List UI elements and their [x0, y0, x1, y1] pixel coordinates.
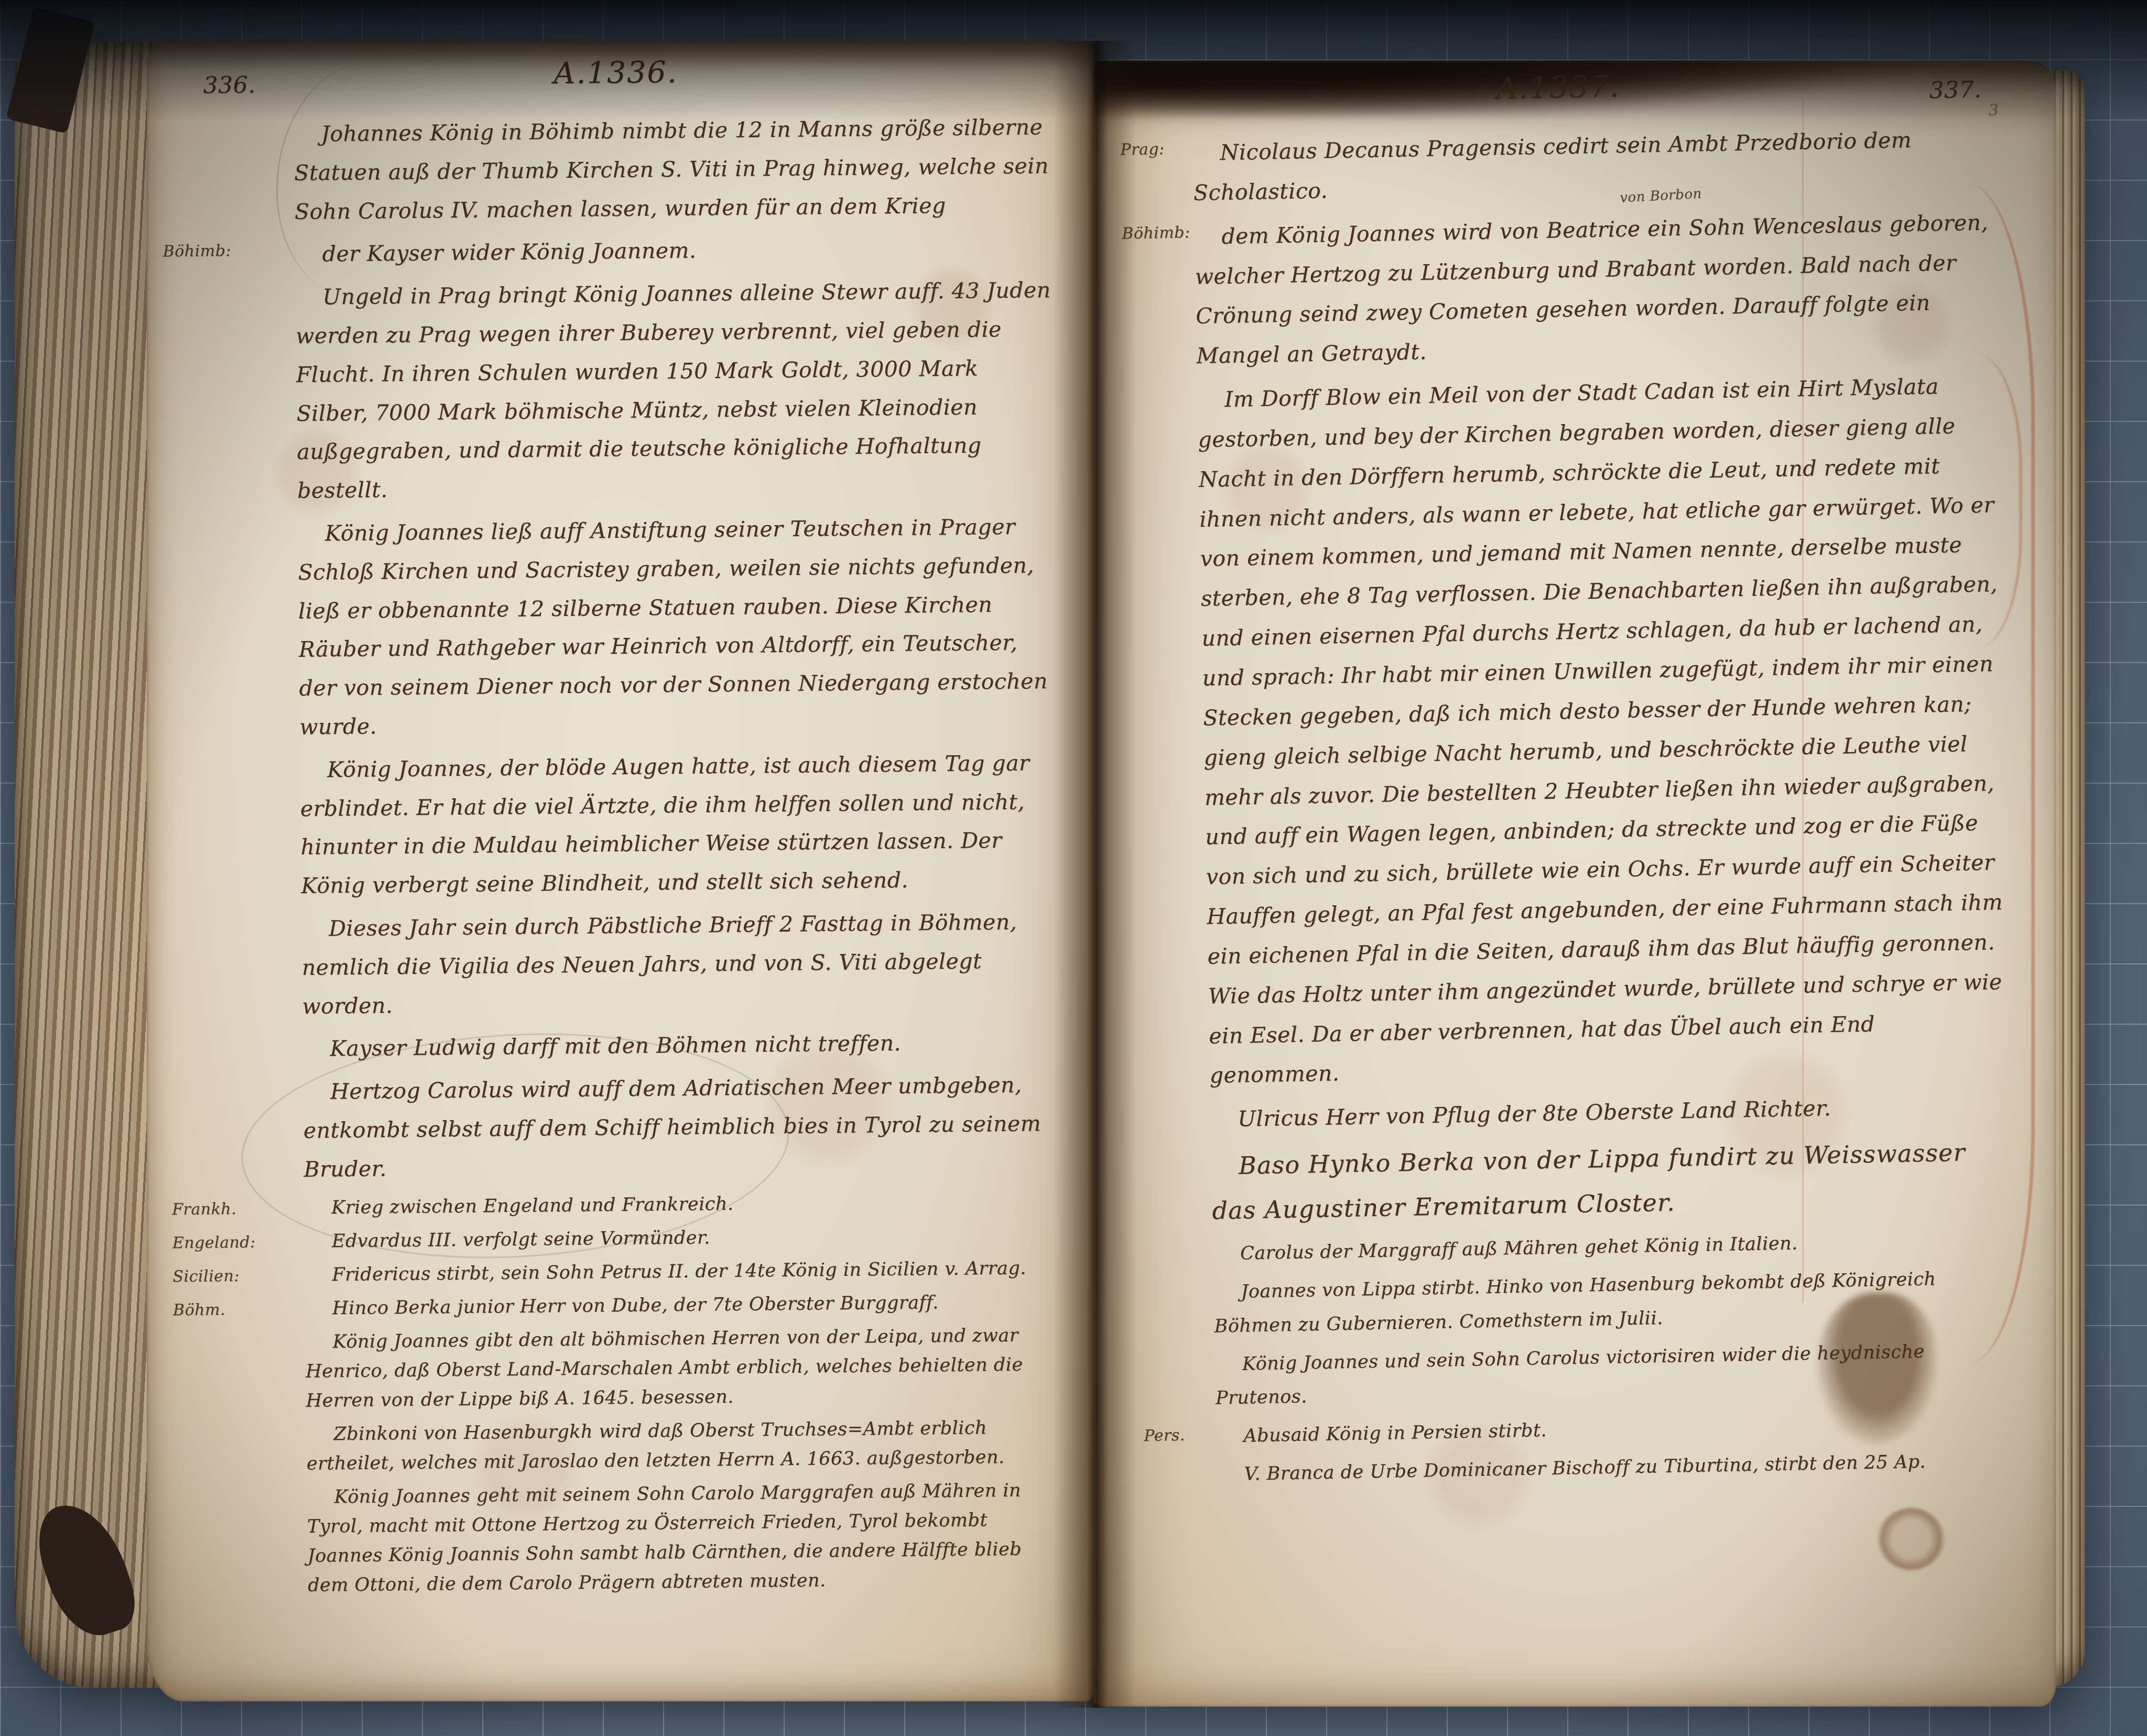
- chronicle-entry: König Joannes, der blöde Augen hatte, is…: [300, 744, 1061, 906]
- entry-text: Fridericus stirbt, sein Sohn Petrus II. …: [332, 1257, 1026, 1285]
- chronicle-entry: Im Dorff Blow ein Meil von der Stadt Cad…: [1197, 366, 2011, 1096]
- chronicle-entry: Kayser Ludwig darff mit den Böhmen nicht…: [302, 1023, 1063, 1069]
- chronicle-entry: Sicilien: Fridericus stirbt, sein Sohn P…: [305, 1253, 1065, 1289]
- chronicle-entry: Baso Hynko Berka von der Lippa fundirt z…: [1211, 1130, 2014, 1233]
- entry-text: Ulricus Herr von Pflug der 8te Oberste L…: [1238, 1095, 1831, 1132]
- chronicle-entry: Böhimb: dem König Joannes wird von Beatr…: [1194, 203, 1998, 376]
- margin-label: Böhimb:: [162, 242, 288, 261]
- entry-text: König Joannes und sein Sohn Carolus vict…: [1216, 1341, 1925, 1409]
- chronicle-entry: Johannes König in Böhimb nimbt die 12 in…: [294, 108, 1055, 231]
- entry-text: König Joannes geht mit seinem Sohn Carol…: [307, 1480, 1022, 1596]
- entry-text: König Joannes, der blöde Augen hatte, is…: [300, 750, 1030, 898]
- entry-text: Dieses Jahr sein durch Päbstliche Brieff…: [302, 909, 1017, 1019]
- margin-label: Prag:: [1120, 140, 1189, 159]
- margin-label: Böhm.: [173, 1300, 299, 1319]
- chronicle-entry: Hertzog Carolus wird auff dem Adriatisch…: [303, 1066, 1064, 1189]
- entry-text: Johannes König in Böhimb nimbt die 12 in…: [294, 114, 1049, 224]
- left-year-heading: A.1336.: [174, 51, 1058, 94]
- manuscript-photo: 336. A.1336. Johannes König in Böhimb ni…: [0, 0, 2147, 1736]
- left-entries: Johannes König in Böhimb nimbt die 12 in…: [294, 108, 1068, 1604]
- margin-label: Pers.: [1144, 1426, 1212, 1446]
- entry-text: König Joannes gibt den alt böhmischen He…: [306, 1325, 1023, 1411]
- entry-text: Hertzog Carolus wird auff dem Adriatisch…: [303, 1072, 1042, 1182]
- right-corner-mark: 3: [1988, 101, 1999, 120]
- right-page: 337. 3 A.1338. A.1337. von Borbon Prag: …: [1093, 61, 2056, 1707]
- margin-label: Frankh.: [172, 1200, 298, 1219]
- chronicle-entry: Engeland: Edvardus III. verfolgt seine V…: [305, 1219, 1065, 1256]
- entry-text: Ungeld in Prag bringt König Joannes alle…: [296, 277, 1051, 503]
- entry-text: Baso Hynko Berka von der Lippa fundirt z…: [1212, 1138, 1966, 1224]
- chronicle-entry: Frankh. Krieg zwischen Engeland und Fran…: [304, 1186, 1064, 1222]
- entry-text: Kayser Ludwig darff mit den Böhmen nicht…: [330, 1030, 901, 1061]
- entry-text: Krieg zwischen Engeland und Frankreich.: [331, 1193, 734, 1218]
- margin-label: Engeland:: [172, 1233, 298, 1253]
- right-page-writing: 337. 3 A.1338. A.1337. von Borbon Prag: …: [1121, 61, 2025, 1704]
- chronicle-entry: Böhm. Hinco Berka junior Herr von Dube, …: [305, 1286, 1065, 1323]
- chronicle-entry: König Joannes ließ auff Anstiftung seine…: [297, 507, 1059, 747]
- entry-text: V. Branca de Urbe Dominicaner Bischoff z…: [1244, 1451, 1926, 1485]
- entry-text: Carolus der Marggraff auß Mähren gehet K…: [1240, 1233, 1798, 1264]
- entry-text: der Kayser wider König Joannem.: [322, 238, 696, 267]
- right-entries: Prag: Nicolaus Decanus Pragensis cedirt …: [1192, 119, 2019, 1496]
- entry-text: Im Dorff Blow ein Meil von der Stadt Cad…: [1198, 374, 2003, 1088]
- chronicle-entry: König Joannes geht mit seinem Sohn Carol…: [307, 1475, 1068, 1600]
- entry-text: Edvardus III. verfolgt seine Vormünder.: [332, 1227, 710, 1252]
- entry-text: Abusaid König in Persien stirbt.: [1243, 1420, 1547, 1447]
- chronicle-entry: Ungeld in Prag bringt König Joannes alle…: [295, 271, 1057, 511]
- open-chronicle-book: 336. A.1336. Johannes König in Böhimb ni…: [15, 13, 2085, 1716]
- chronicle-entry: Prag: Nicolaus Decanus Pragensis cedirt …: [1192, 119, 1996, 213]
- chronicle-entry: Joannes von Lippa stirbt. Hinko von Hase…: [1213, 1261, 2016, 1343]
- entry-text: dem König Joannes wird von Beatrice ein …: [1195, 210, 1988, 368]
- entry-text: König Joannes ließ auff Anstiftung seine…: [298, 514, 1048, 740]
- margin-label: Sicilien:: [172, 1266, 298, 1286]
- chronicle-entry: Zbinkoni von Hasenburgkh wird daß Oberst…: [306, 1412, 1067, 1478]
- entry-text: Zbinkoni von Hasenburgkh wird daß Oberst…: [307, 1417, 1005, 1474]
- left-page: 336. A.1336. Johannes König in Böhimb ni…: [147, 41, 1093, 1701]
- entry-text: Nicolaus Decanus Pragensis cedirt sein A…: [1193, 127, 1912, 205]
- entry-text: Joannes von Lippa stirbt. Hinko von Hase…: [1214, 1268, 1936, 1337]
- margin-label: Böhimb:: [1122, 224, 1190, 243]
- left-page-writing: 336. A.1336. Johannes König in Böhimb ni…: [174, 46, 1073, 1694]
- chronicle-entry: Böhimb: der Kayser wider König Joannem.: [295, 228, 1055, 274]
- entry-text: Hinco Berka junior Herr von Dube, der 7t…: [332, 1292, 939, 1319]
- chronicle-entry: König Joannes und sein Sohn Carolus vict…: [1215, 1333, 2017, 1415]
- chronicle-entry: Dieses Jahr sein durch Päbstliche Brieff…: [301, 903, 1062, 1026]
- chronicle-entry: König Joannes gibt den alt böhmischen He…: [305, 1320, 1066, 1415]
